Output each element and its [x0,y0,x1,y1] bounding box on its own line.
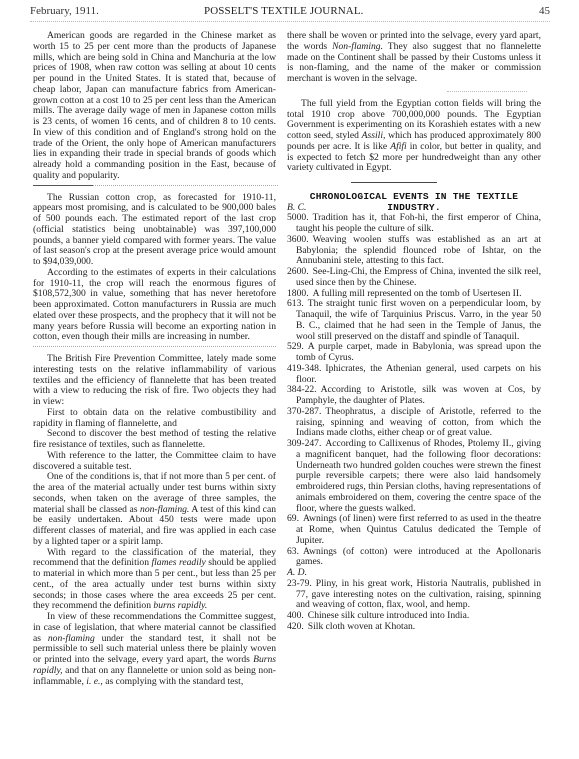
paragraph: The British Fire Prevention Committee, l… [33,354,276,408]
journal-page: February, 1911. POSSELT'S TEXTILE JOURNA… [0,0,579,759]
entry-text: Tradition has it, that Foh-hi, the first… [296,212,541,234]
paragraph: there shall be woven or printed into the… [287,31,541,85]
header-rule [30,21,550,22]
entry-year: 5000. [287,212,309,223]
entry-text: Weaving woolen stuffs was established as… [296,234,541,267]
ad-entries: 23-79.Pliny, in his great work, Historia… [287,579,541,633]
paragraph: With reference to the latter, the Commit… [33,451,276,473]
heading-line-1: CHRONOLOGICAL EVENTS IN THE TEXTILE [310,191,519,202]
entry-year: 309-247. [287,438,321,449]
emphasis: i. e., [86,676,103,687]
article-separator [447,91,527,92]
chronology-entry: 419-348.Iphicrates, the Athenian general… [287,364,541,386]
entry-text: Silk cloth woven at Khotan. [308,621,415,632]
emphasis: Afifi [390,141,407,152]
paragraph: American goods are regarded in the Chine… [33,31,276,182]
paragraph: One of the conditions is, that if not mo… [33,472,276,547]
paragraph: With regard to the classification of the… [33,548,276,613]
entry-text: According to Callixenus of Rhodes, Ptole… [296,438,541,514]
paragraph: First to obtain data on the relative com… [33,408,276,430]
chronology-entry: 420.Silk cloth woven at Khotan. [287,622,541,633]
article-russian-cotton-crop: The Russian cotton crop, as forecasted f… [33,193,276,344]
entry-year: 23-79. [287,578,312,589]
entry-year: 1800. [287,288,309,299]
entry-text: Theophratus, a disciple of Aristotle, re… [296,406,541,439]
chronology-entry: 384-22.According to Aristotle, silk was … [287,385,541,407]
page-number: 45 [539,3,550,19]
paragraph: Second to discover the best method of te… [33,429,276,451]
article-egyptian-cotton: The full yield from the Egyptian cotton … [287,99,541,174]
issue-date: February, 1911. [30,3,99,19]
entry-year: 3600. [287,234,309,245]
entry-text: Awnings (of cotton) were introduced at t… [296,546,541,568]
chronology-entry: 23-79.Pliny, in his great work, Historia… [287,579,541,611]
entry-year: 63. [287,546,299,557]
paragraph: The Russian cotton crop, as forecasted f… [33,193,276,268]
emphasis: burns rapidly. [153,600,207,611]
entry-year: 384-22. [287,384,317,395]
chronology-entry: 309-247.According to Callixenus of Rhode… [287,439,541,514]
article-fire-prevention-continued: there shall be woven or printed into the… [287,31,541,85]
entry-year: 613. [287,298,304,309]
emphasis: non-flaming [48,633,95,644]
entry-text: The straight tunic first woven on a perp… [296,298,541,341]
running-header: February, 1911. POSSELT'S TEXTILE JOURNA… [30,3,550,21]
paragraph: In view of these recommendations the Com… [33,612,276,687]
entry-year: 69. [287,513,299,524]
chronology-entry: 69.Awnings (of linen) were first referre… [287,514,541,546]
entry-text: Pliny, in his great work, Historia Nautr… [296,578,541,611]
emphasis: Assili, [362,130,386,141]
emphasis: non-flaming. [140,504,189,515]
chronology-entry: 3600.Weaving woolen stuffs was establish… [287,235,541,267]
article-fire-prevention: The British Fire Prevention Committee, l… [33,354,276,687]
journal-title: POSSELT'S TEXTILE JOURNAL. [204,3,364,19]
entry-text: Awnings (of linen) were first referred t… [296,513,541,546]
text-run: as complying with the standard test, [103,676,243,687]
chronology-entry: 5000.Tradition has it, that Foh-hi, the … [287,213,541,235]
entry-year: 370-287. [287,406,321,417]
chronology-entry: 2600.See-Ling-Chi, the Empress of China,… [287,267,541,289]
paragraph: The full yield from the Egyptian cotton … [287,99,541,174]
chronology-entry: 529.A purple carpet, made in Babylonia, … [287,342,541,364]
entry-year: 419-348. [287,363,321,374]
section-separator [351,182,437,183]
emphasis: Non-flaming. [332,41,383,52]
article-separator [33,346,276,347]
entry-year: 529. [287,341,304,352]
entry-text: According to Aristotle, silk was woven a… [296,384,541,406]
entry-text: Chinese silk culture introduced into Ind… [308,610,469,621]
right-column: there shall be woven or printed into the… [287,31,541,633]
chronology-entry: 370-287.Theophratus, a disciple of Arist… [287,407,541,439]
entry-year: 2600. [287,266,309,277]
left-column: American goods are regarded in the Chine… [33,31,276,687]
paragraph: According to the estimates of experts in… [33,268,276,343]
bc-entries: 5000.Tradition has it, that Foh-hi, the … [287,213,541,568]
entry-text: A fulling mill represented on the tomb o… [313,288,522,299]
chronology-section: CHRONOLOGICAL EVENTS IN THE TEXTILE INDU… [287,192,541,633]
entry-year: 400. [287,610,304,621]
article-separator [33,185,93,186]
entry-year: 420. [287,621,304,632]
article-japanese-competition: American goods are regarded in the Chine… [33,31,276,182]
entry-text: See-Ling-Chi, the Empress of China, inve… [296,266,541,288]
entry-text: A purple carpet, made in Babylonia, was … [296,341,541,363]
entry-text: Iphicrates, the Athenian general, used c… [296,363,541,385]
emphasis: flames readily [151,557,205,568]
chronology-entry: 613.The straight tunic first woven on a … [287,299,541,342]
chronology-entry: 63.Awnings (of cotton) were introduced a… [287,547,541,569]
